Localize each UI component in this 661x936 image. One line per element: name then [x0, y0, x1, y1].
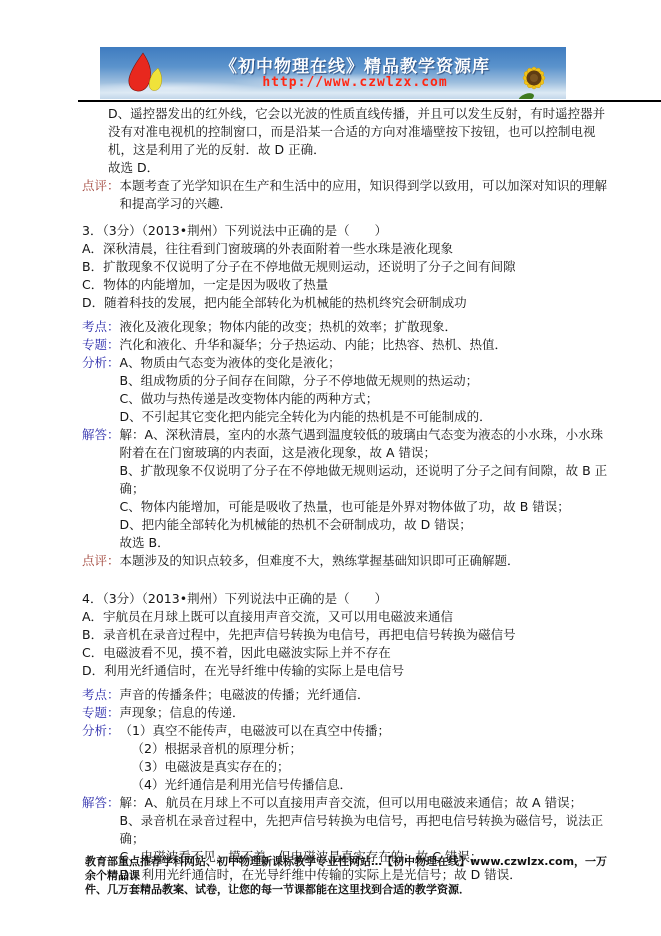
answer-continuation: D、遥控器发出的红外线，它会以光波的性质直线传播，并且可以发生反射，有时遥控器并…	[108, 105, 614, 159]
fenxi-line: B、组成物质的分子间存在间隙，分子不停地做无规则的热运动；	[120, 372, 614, 390]
kaodian-text: 液化及液化现象；物体内能的改变；热机的效率；扩散现象．	[120, 318, 614, 336]
site-banner: 《初中物理在线》精品教学资源库 http://www.czwlzx.com	[100, 47, 566, 99]
jieda-row: 解答： 解：A、深秋清晨，室内的水蒸气遇到温度较低的玻璃由气态变为液态的小水珠，…	[82, 426, 614, 552]
jieda-line: 解：A、航员在月球上不可以直接用声音交流，但可以用电磁波来通信；故 A 错误；	[120, 794, 614, 812]
question4-stem: 4．（3分）（2013•荆州）下列说法中正确的是（ ）	[82, 590, 614, 608]
zhuanti-row: 专题： 汽化和液化、升华和凝华；分子热运动、内能；比热容、热机、热值．	[82, 336, 614, 354]
header-divider	[78, 100, 661, 102]
site-url[interactable]: http://www.czwlzx.com	[210, 75, 500, 90]
fenxi-row: 分析： A、物质由气态变为液体的变化是液化； B、组成物质的分子间存在间隙，分子…	[82, 354, 614, 426]
zhuanti-label: 专题：	[82, 704, 120, 722]
fenxi-line: C、做功与热传递是改变物体内能的两种方式；	[120, 390, 614, 408]
comment-row: 点评： 本题涉及的知识点较多，但难度不大，熟练掌握基础知识即可正确解题．	[82, 552, 614, 570]
zhuanti-label: 专题：	[82, 336, 120, 354]
sunflower-icon	[504, 57, 562, 99]
jieda-choice: 故选 B．	[120, 534, 614, 552]
footer-line: 件、几万套精品教案、试卷，让您的每一节课都能在这里找到合适的教学资源．	[85, 883, 610, 897]
zhuanti-row: 专题： 声现象；信息的传递．	[82, 704, 614, 722]
zhuanti-text: 声现象；信息的传递．	[120, 704, 614, 722]
fenxi-row: 分析： （1）真空不能传声，电磁波可以在真空中传播； （2）根据录音机的原理分析…	[82, 722, 614, 794]
zhuanti-text: 汽化和液化、升华和凝华；分子热运动、内能；比热容、热机、热值．	[120, 336, 614, 354]
document-content: D、遥控器发出的红外线，它会以光波的性质直线传播，并且可以发生反射，有时遥控器并…	[82, 105, 614, 884]
answer-choice: 故选 D．	[108, 159, 614, 177]
site-title: 《初中物理在线》精品教学资源库	[210, 52, 500, 77]
fenxi-line: D、不引起其它变化把内能完全转化为内能的热机是不可能制成的．	[120, 408, 614, 426]
kaodian-row: 考点： 声音的传播条件；电磁波的传播；光纤通信．	[82, 686, 614, 704]
fenxi-label: 分析：	[82, 722, 120, 740]
question3-option: D．随着科技的发展，把内能全部转化为机械能的热机终究会研制成功	[82, 294, 614, 312]
site-logo-flame-icon	[122, 52, 168, 96]
question4-option: C．电磁波看不见，摸不着，因此电磁波实际上并不存在	[82, 644, 614, 662]
question3-option: C．物体的内能增加，一定是因为吸收了热量	[82, 276, 614, 294]
comment-text: 本题涉及的知识点较多，但难度不大，熟练掌握基础知识即可正确解题．	[120, 552, 614, 570]
jieda-label: 解答：	[82, 426, 120, 444]
comment-label: 点评：	[82, 552, 120, 570]
question4-option: B．录音机在录音过程中，先把声信号转换为电信号，再把电信号转换为磁信号	[82, 626, 614, 644]
kaodian-label: 考点：	[82, 318, 120, 336]
jieda-line: B、录音机在录音过程中，先把声信号转换为电信号，再把电信号转换为磁信号，说法正确…	[120, 812, 614, 848]
jieda-line: B、扩散现象不仅说明了分子在不停地做无规则运动，还说明了分子之间有间隙，故 B …	[120, 462, 614, 498]
jieda-label: 解答：	[82, 794, 120, 812]
comment-label: 点评：	[82, 177, 120, 195]
fenxi-line: （2）根据录音机的原理分析；	[120, 740, 614, 758]
jieda-line: C、物体内能增加，可能是吸收了热量，也可能是外界对物体做了功，故 B 错误；	[120, 498, 614, 516]
question3-stem: 3．（3分）（2013•荆州）下列说法中正确的是（ ）	[82, 222, 614, 240]
question4-option: A．宇航员在月球上既可以直接用声音交流，又可以用电磁波来通信	[82, 608, 614, 626]
comment-row: 点评： 本题考查了光学知识在生产和生活中的应用，知识得到学以致用，可以加深对知识…	[82, 177, 614, 213]
kaodian-text: 声音的传播条件；电磁波的传播；光纤通信．	[120, 686, 614, 704]
footer-line: 教育部重点推荐学科网站、初中物理新课标教学专业性网站…【初中物理在线】www.c…	[85, 855, 610, 883]
page-footer: 教育部重点推荐学科网站、初中物理新课标教学专业性网站…【初中物理在线】www.c…	[85, 855, 610, 897]
question3-option: A．深秋清晨，往往看到门窗玻璃的外表面附着一些水珠是液化现象	[82, 240, 614, 258]
jieda-line: 解：A、深秋清晨，室内的水蒸气遇到温度较低的玻璃由气态变为液态的小水珠，小水珠附…	[120, 426, 614, 462]
fenxi-line: A、物质由气态变为液体的变化是液化；	[120, 354, 614, 372]
comment-text: 本题考查了光学知识在生产和生活中的应用，知识得到学以致用，可以加深对知识的理解和…	[120, 177, 614, 213]
fenxi-line: （4）光纤通信是利用光信号传播信息．	[120, 776, 614, 794]
kaodian-label: 考点：	[82, 686, 120, 704]
fenxi-label: 分析：	[82, 354, 120, 372]
fenxi-line: （3）电磁波是真实存在的；	[120, 758, 614, 776]
kaodian-row: 考点： 液化及液化现象；物体内能的改变；热机的效率；扩散现象．	[82, 318, 614, 336]
question4-option: D．利用光纤通信时，在光导纤维中传输的实际上是电信号	[82, 662, 614, 680]
question3-option: B．扩散现象不仅说明了分子在不停地做无规则运动，还说明了分子之间有间隙	[82, 258, 614, 276]
document-page: 《初中物理在线》精品教学资源库 http://www.czwlzx.com	[0, 0, 661, 936]
jieda-line: D、把内能全部转化为机械能的热机不会研制成功，故 D 错误；	[120, 516, 614, 534]
fenxi-line: （1）真空不能传声，电磁波可以在真空中传播；	[120, 722, 614, 740]
